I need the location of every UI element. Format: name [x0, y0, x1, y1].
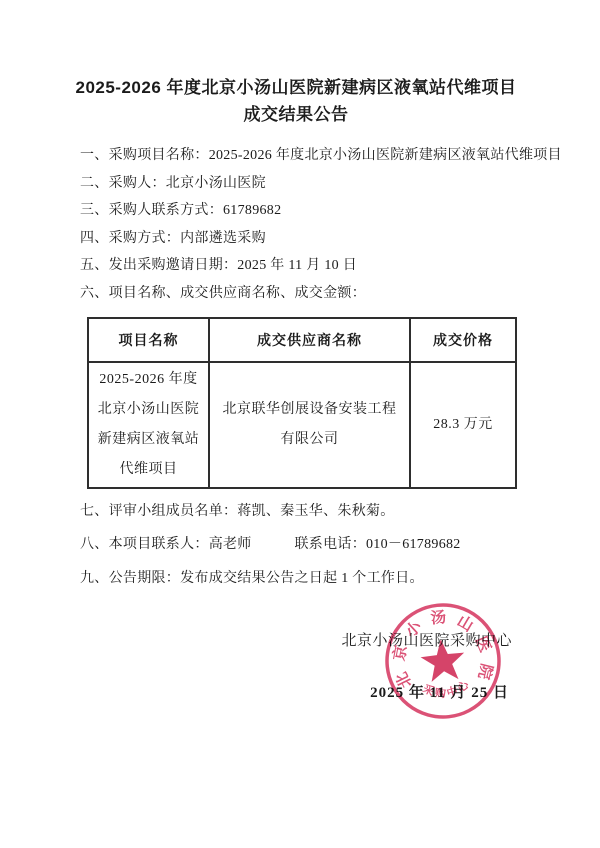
table-header-price: 成交价格: [410, 318, 516, 362]
results-table-header: 项目名称 成交供应商名称 成交价格: [88, 318, 516, 362]
table-header-supplier-name: 成交供应商名称: [209, 318, 410, 362]
document-page: 2025-2026 年度北京小汤山医院新建病区液氧站代维项目 成交结果公告 一、…: [0, 0, 600, 848]
table-header-row: 项目名称 成交供应商名称 成交价格: [88, 318, 516, 362]
seal-group: 北京小汤山医院 采购中心: [381, 599, 504, 722]
svg-text:汤: 汤: [430, 608, 448, 628]
official-seal-stamp: 北京小汤山医院 采购中心: [369, 587, 517, 735]
results-table: 项目名称 成交供应商名称 成交价格 2025-2026 年度北京小汤山医院新建病…: [87, 317, 517, 489]
table-cell-supplier-name: 北京联华创展设备安装工程有限公司: [209, 362, 410, 488]
seal-ring: [381, 599, 504, 722]
svg-text:院: 院: [474, 662, 496, 682]
list-item-invitation-date: 五、发出采购邀请日期：2025 年 11 月 10 日: [80, 257, 542, 275]
list-item-purchaser-contact: 三、采购人联系方式：61789682: [80, 202, 542, 220]
title-line-1: 2025-2026 年度北京小汤山医院新建病区液氧站代维项目: [60, 74, 532, 101]
list-item-project-contact: 八、本项目联系人：高老师 联系电话：010－61789682: [80, 536, 542, 554]
table-cell-price: 28.3 万元: [410, 362, 516, 488]
list-item-review-panel: 七、评审小组成员名单：蒋凯、秦玉华、朱秋菊。: [80, 503, 542, 521]
document-content: 2025-2026 年度北京小汤山医院新建病区液氧站代维项目 成交结果公告 一、…: [0, 0, 600, 588]
list-item-purchase-method: 四、采购方式：内部遴选采购: [80, 230, 542, 248]
document-title: 2025-2026 年度北京小汤山医院新建病区液氧站代维项目 成交结果公告: [60, 74, 532, 128]
title-line-2: 成交结果公告: [60, 101, 532, 128]
signature-organization: 北京小汤山医院采购中心: [341, 629, 512, 650]
signature-date: 2025 年 11 月 25 日: [370, 681, 509, 702]
list-item-project-name: 一、采购项目名称：2025-2026 年度北京小汤山医院新建病区液氧站代维项目: [80, 147, 542, 165]
table-row: 2025-2026 年度北京小汤山医院新建病区液氧站代维项目 北京联华创展设备安…: [88, 362, 516, 488]
list-item-announcement-period: 九、公告期限：发布成交结果公告之日起 1 个工作日。: [80, 570, 542, 588]
table-header-project-name: 项目名称: [88, 318, 209, 362]
table-cell-project-name: 2025-2026 年度北京小汤山医院新建病区液氧站代维项目: [88, 362, 209, 488]
list-item-purchaser: 二、采购人：北京小汤山医院: [80, 175, 542, 193]
list-item-table-intro: 六、项目名称、成交供应商名称、成交金额：: [80, 285, 542, 303]
